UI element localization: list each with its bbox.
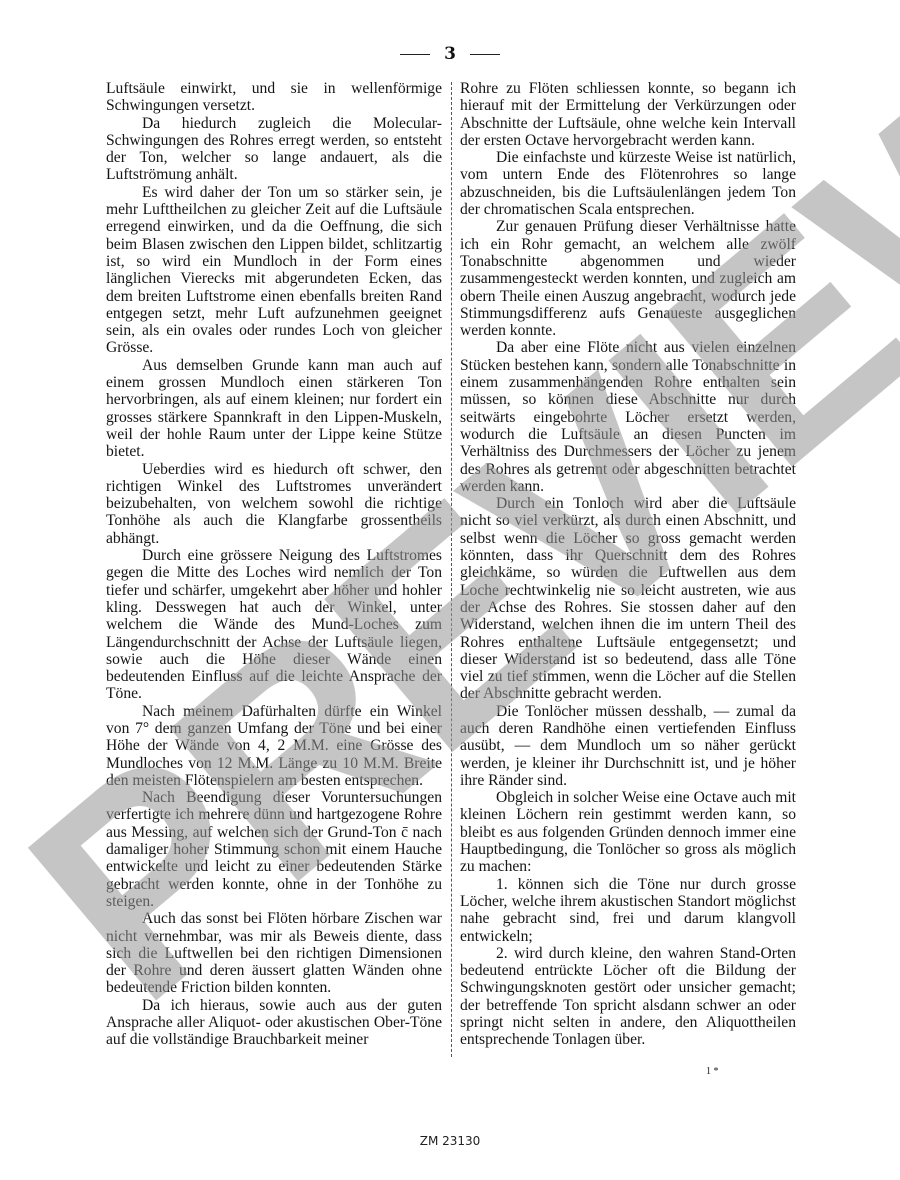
paragraph: Ueberdies wird es hiedurch oft schwer, d…	[106, 461, 442, 547]
paragraph: Luftsäule einwirkt, und sie in wellenför…	[106, 80, 442, 115]
paragraph: Die Tonlöcher müssen desshalb, — zumal d…	[460, 703, 796, 789]
paragraph: Da aber eine Flöte nicht aus vielen einz…	[460, 339, 796, 495]
paragraph: Die einfachste und kürzeste Weise ist na…	[460, 149, 796, 218]
header-dash-left	[400, 54, 430, 55]
column-separator	[451, 82, 452, 1057]
paragraph: Obgleich in solcher Weise eine Octave au…	[460, 789, 796, 875]
text-column-right: Rohre zu Flöten schliessen konnte, so be…	[460, 80, 796, 1049]
paragraph: Zur genauen Prüfung dieser Verhältnisse …	[460, 218, 796, 339]
paragraph: Da hiedurch zugleich die Molecular-Schwi…	[106, 115, 442, 184]
paragraph: Rohre zu Flöten schliessen konnte, so be…	[460, 80, 796, 149]
catalog-number: ZM 23130	[0, 1134, 900, 1148]
paragraph: Nach Beendigung dieser Voruntersuchungen…	[106, 789, 442, 910]
paragraph: Durch eine grössere Neigung des Luftstro…	[106, 547, 442, 703]
sheet-music-preview-page: 3 Luftsäule einwirkt, und sie in wellenf…	[0, 0, 900, 1180]
text-column-left: Luftsäule einwirkt, und sie in wellenför…	[106, 80, 442, 1049]
paragraph: Da ich hieraus, sowie auch aus der guten…	[106, 997, 442, 1049]
paragraph: Nach meinem Dafürhalten dürfte ein Winke…	[106, 703, 442, 789]
paragraph: Es wird daher der Ton um so stärker sein…	[106, 184, 442, 357]
paragraph: Aus demselben Grunde kann man auch auf e…	[106, 357, 442, 461]
paragraph: Auch das sonst bei Flöten hörbare Zische…	[106, 910, 442, 996]
signature-mark: 1 *	[706, 1066, 719, 1077]
list-item: 2. wird durch kleine, den wahren Stand-O…	[460, 945, 796, 1049]
page-header: 3	[0, 44, 900, 64]
header-dash-right	[470, 54, 500, 55]
page-number: 3	[444, 44, 456, 64]
paragraph: Durch ein Tonloch wird aber die Luftsäul…	[460, 495, 796, 703]
list-item: 1. können sich die Töne nur durch grosse…	[460, 876, 796, 945]
